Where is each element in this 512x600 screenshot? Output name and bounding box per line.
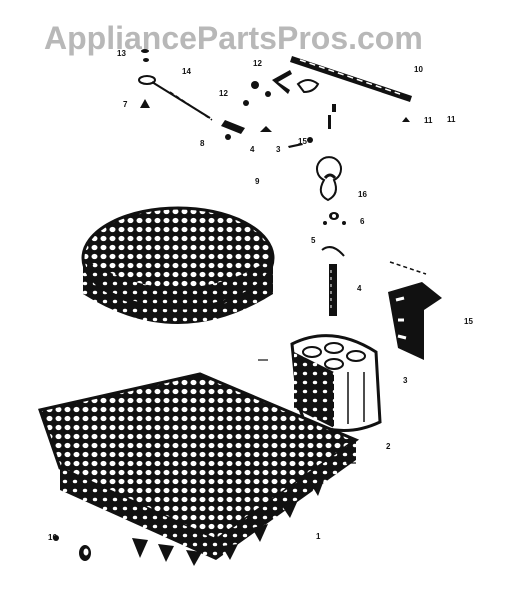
callout-label: 2	[386, 443, 390, 451]
round-basket	[83, 208, 273, 324]
callout-label: 15	[464, 318, 473, 326]
callout-label: 3	[276, 146, 280, 154]
callout-label: 7	[123, 101, 127, 109]
callout-label: 1	[316, 533, 320, 541]
callout-label: 16	[358, 191, 367, 199]
callout-label: 12	[219, 90, 228, 98]
callout-label: 15	[298, 138, 307, 146]
rack-roller	[53, 535, 91, 561]
shield	[388, 262, 442, 360]
parts-diagram: AppliancePartsPros.com	[0, 0, 512, 600]
callout-label: 4	[357, 285, 361, 293]
diagram-drawing	[0, 0, 512, 600]
callout-label: 12	[253, 60, 262, 68]
callout-label: 4	[250, 146, 254, 154]
callout-label: 10	[414, 66, 423, 74]
callout-label: 6	[360, 218, 364, 226]
callout-label: 5	[311, 237, 315, 245]
small-hardware	[140, 49, 410, 148]
spray-tube-assembly	[317, 157, 346, 316]
rod	[139, 76, 212, 120]
callout-label: 3	[403, 377, 407, 385]
callout-label: 8	[200, 140, 204, 148]
callout-label: 16	[48, 534, 57, 542]
callout-label: 11	[424, 117, 432, 125]
callout-label: 13	[117, 50, 126, 58]
callout-label: 9	[255, 178, 259, 186]
silverware-basket	[292, 336, 380, 431]
callout-label: 11	[447, 116, 455, 124]
callout-label: 14	[182, 68, 191, 76]
